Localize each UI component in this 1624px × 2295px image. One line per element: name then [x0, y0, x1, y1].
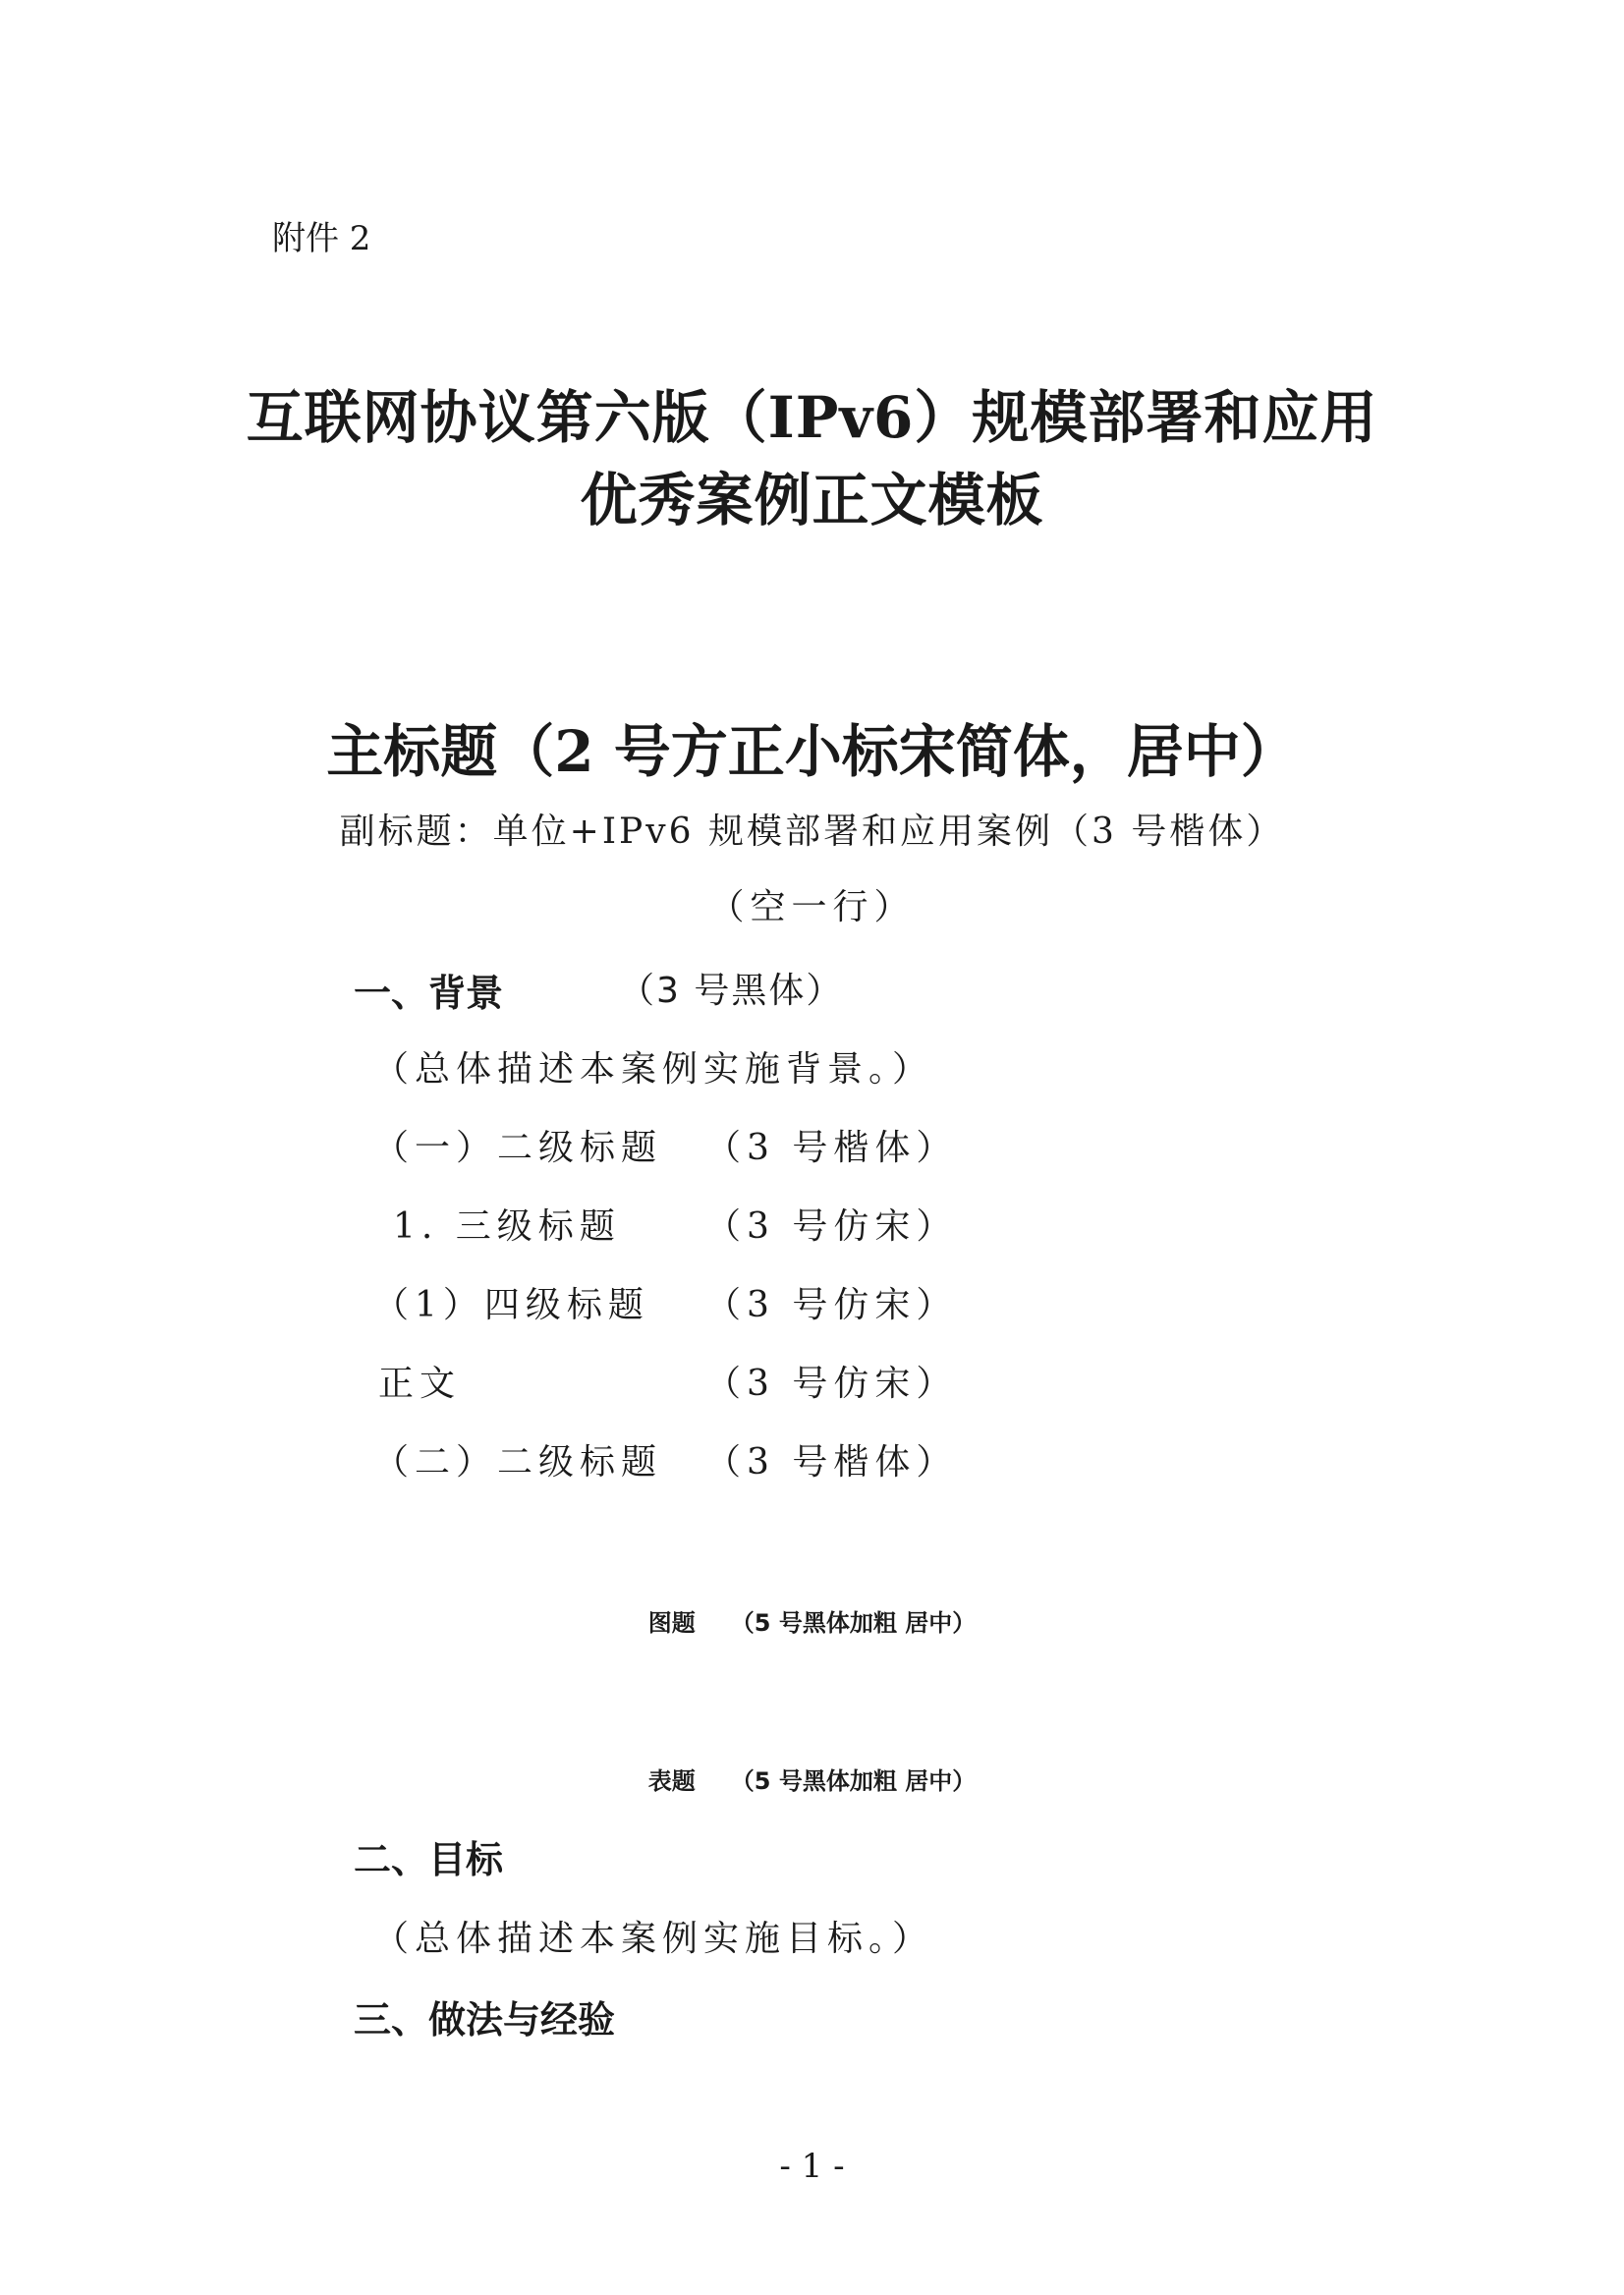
body-text-note: （3 号仿宋）	[705, 1356, 957, 1406]
page-number: - 1 -	[0, 2147, 1624, 2186]
figure-caption-note: （5 号黑体加粗 居中）	[731, 1609, 976, 1637]
level2-heading-2: （二）二级标题	[373, 1434, 662, 1484]
body-text-label: 正文	[378, 1356, 461, 1406]
figure-caption-label: 图题	[648, 1609, 696, 1637]
section3-heading: 三、做法与经验	[354, 1989, 615, 2043]
section2-description: （总体描述本案例实施目标。）	[373, 1911, 933, 1961]
template-subtitle: 副标题：单位+IPv6 规模部署和应用案例（3 号楷体）	[0, 804, 1624, 854]
attachment-label: 附件 2	[272, 211, 370, 259]
section2-heading: 二、目标	[354, 1829, 503, 1883]
section1-description: （总体描述本案例实施背景。）	[373, 1041, 933, 1092]
blank-line-note: （空一行）	[0, 879, 1624, 929]
figure-caption: 图题（5 号黑体加粗 居中）	[0, 1603, 1624, 1638]
document-title-line2: 优秀案例正文模板	[0, 454, 1624, 536]
table-caption: 表题（5 号黑体加粗 居中）	[0, 1762, 1624, 1796]
document-title-line1: 互联网协议第六版（IPv6）规模部署和应用	[0, 371, 1624, 454]
level2-heading-1-note: （3 号楷体）	[705, 1120, 957, 1170]
section1-heading: 一、背景	[354, 963, 503, 1017]
level4-heading-note: （3 号仿宋）	[705, 1277, 957, 1327]
level3-heading-note: （3 号仿宋）	[705, 1199, 957, 1249]
level2-heading-1: （一）二级标题	[373, 1120, 662, 1170]
table-caption-note: （5 号黑体加粗 居中）	[731, 1767, 976, 1795]
table-caption-label: 表题	[648, 1767, 696, 1795]
section1-heading-note: （3 号黑体）	[619, 963, 843, 1013]
template-main-heading: 主标题（2 号方正小标宋简体，居中）	[0, 705, 1624, 788]
level2-heading-2-note: （3 号楷体）	[705, 1434, 957, 1484]
level3-heading: 1. 三级标题	[393, 1199, 621, 1249]
level4-heading: （1）四级标题	[373, 1277, 649, 1327]
